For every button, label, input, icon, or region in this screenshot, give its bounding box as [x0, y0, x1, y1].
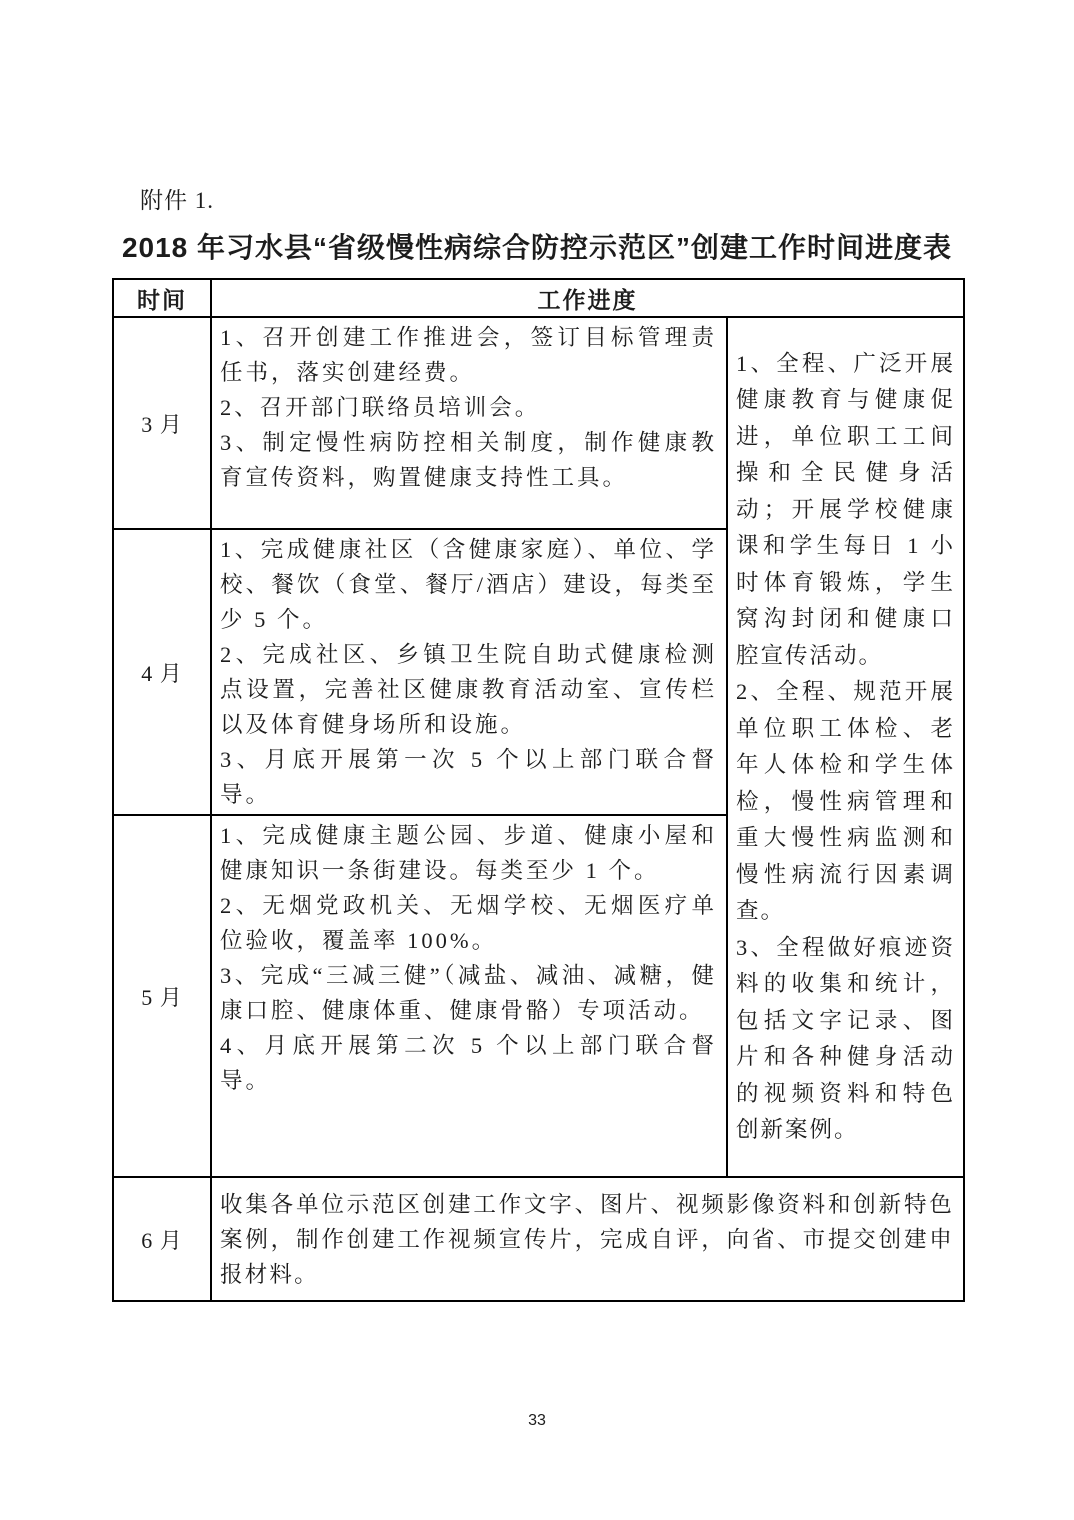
task-item: 收集各单位示范区创建工作文字、图片、视频影像资料和创新特色案例，制作创建工作视频…: [220, 1187, 954, 1292]
schedule-table: 时间 工作进度 3 月 1、召开创建工作推进会，签订目标管理责任书，落实创建经费…: [112, 278, 965, 1302]
side-note-item: 3、全程做好痕迹资料的收集和统计，包括文字记录、图片和各种健身活动的视频资料和特…: [736, 930, 955, 1149]
page-title: 2018 年习水县“省级慢性病综合防控示范区”创建工作时间进度表: [0, 226, 1074, 266]
tasks-cell-march: 1、召开创建工作推进会，签订目标管理责任书，落实创建经费。 2、召开部门联络员培…: [211, 317, 727, 529]
month-cell-april: 4 月: [113, 529, 211, 815]
month-cell-may: 5 月: [113, 815, 211, 1177]
month-cell-june: 6 月: [113, 1177, 211, 1301]
tasks-cell-april: 1、完成健康社区（含健康家庭）、单位、学校、餐饮（食堂、餐厅/酒店）建设，每类至…: [211, 529, 727, 815]
task-item: 1、召开创建工作推进会，签订目标管理责任书，落实创建经费。: [220, 320, 717, 390]
tasks-cell-june: 收集各单位示范区创建工作文字、图片、视频影像资料和创新特色案例，制作创建工作视频…: [211, 1177, 964, 1301]
tasks-cell-may: 1、完成健康主题公园、步道、健康小屋和健康知识一条街建设。每类至少 1 个。 2…: [211, 815, 727, 1177]
task-item: 3、月底开展第一次 5 个以上部门联合督导。: [220, 742, 717, 812]
header-row: 时间 工作进度: [113, 279, 964, 317]
month-cell-march: 3 月: [113, 317, 211, 529]
column-header-progress: 工作进度: [211, 279, 964, 317]
document-page: 附件 1. 2018 年习水县“省级慢性病综合防控示范区”创建工作时间进度表 时…: [0, 0, 1074, 1520]
task-item: 2、无烟党政机关、无烟学校、无烟医疗单位验收，覆盖率 100%。: [220, 888, 717, 958]
task-item: 1、完成健康社区（含健康家庭）、单位、学校、餐饮（食堂、餐厅/酒店）建设，每类至…: [220, 532, 717, 637]
side-note-item: 2、全程、规范开展单位职工体检、老年人体检和学生体检，慢性病管理和重大慢性病监测…: [736, 674, 955, 930]
task-item: 3、完成“三减三健”（减盐、减油、减糖，健康口腔、健康体重、健康骨骼）专项活动。: [220, 958, 717, 1028]
page-number: 33: [0, 1412, 1074, 1430]
attachment-label: 附件 1.: [140, 182, 214, 215]
table-row-march: 3 月 1、召开创建工作推进会，签订目标管理责任书，落实创建经费。 2、召开部门…: [113, 317, 964, 529]
task-item: 2、召开部门联络员培训会。: [220, 390, 717, 425]
task-item: 2、完成社区、乡镇卫生院自助式健康检测点设置，完善社区健康教育活动室、宣传栏以及…: [220, 637, 717, 742]
side-note-item: 1、全程、广泛开展健康教育与健康促进，单位职工工间操和全民健身活动；开展学校健康…: [736, 346, 955, 675]
column-header-time: 时间: [113, 279, 211, 317]
task-item: 4、月底开展第二次 5 个以上部门联合督导。: [220, 1028, 717, 1098]
side-notes-cell: 1、全程、广泛开展健康教育与健康促进，单位职工工间操和全民健身活动；开展学校健康…: [727, 317, 964, 1177]
task-item: 3、制定慢性病防控相关制度，制作健康教育宣传资料，购置健康支持性工具。: [220, 425, 717, 495]
task-item: 1、完成健康主题公园、步道、健康小屋和健康知识一条街建设。每类至少 1 个。: [220, 818, 717, 888]
table-row-june: 6 月 收集各单位示范区创建工作文字、图片、视频影像资料和创新特色案例，制作创建…: [113, 1177, 964, 1301]
